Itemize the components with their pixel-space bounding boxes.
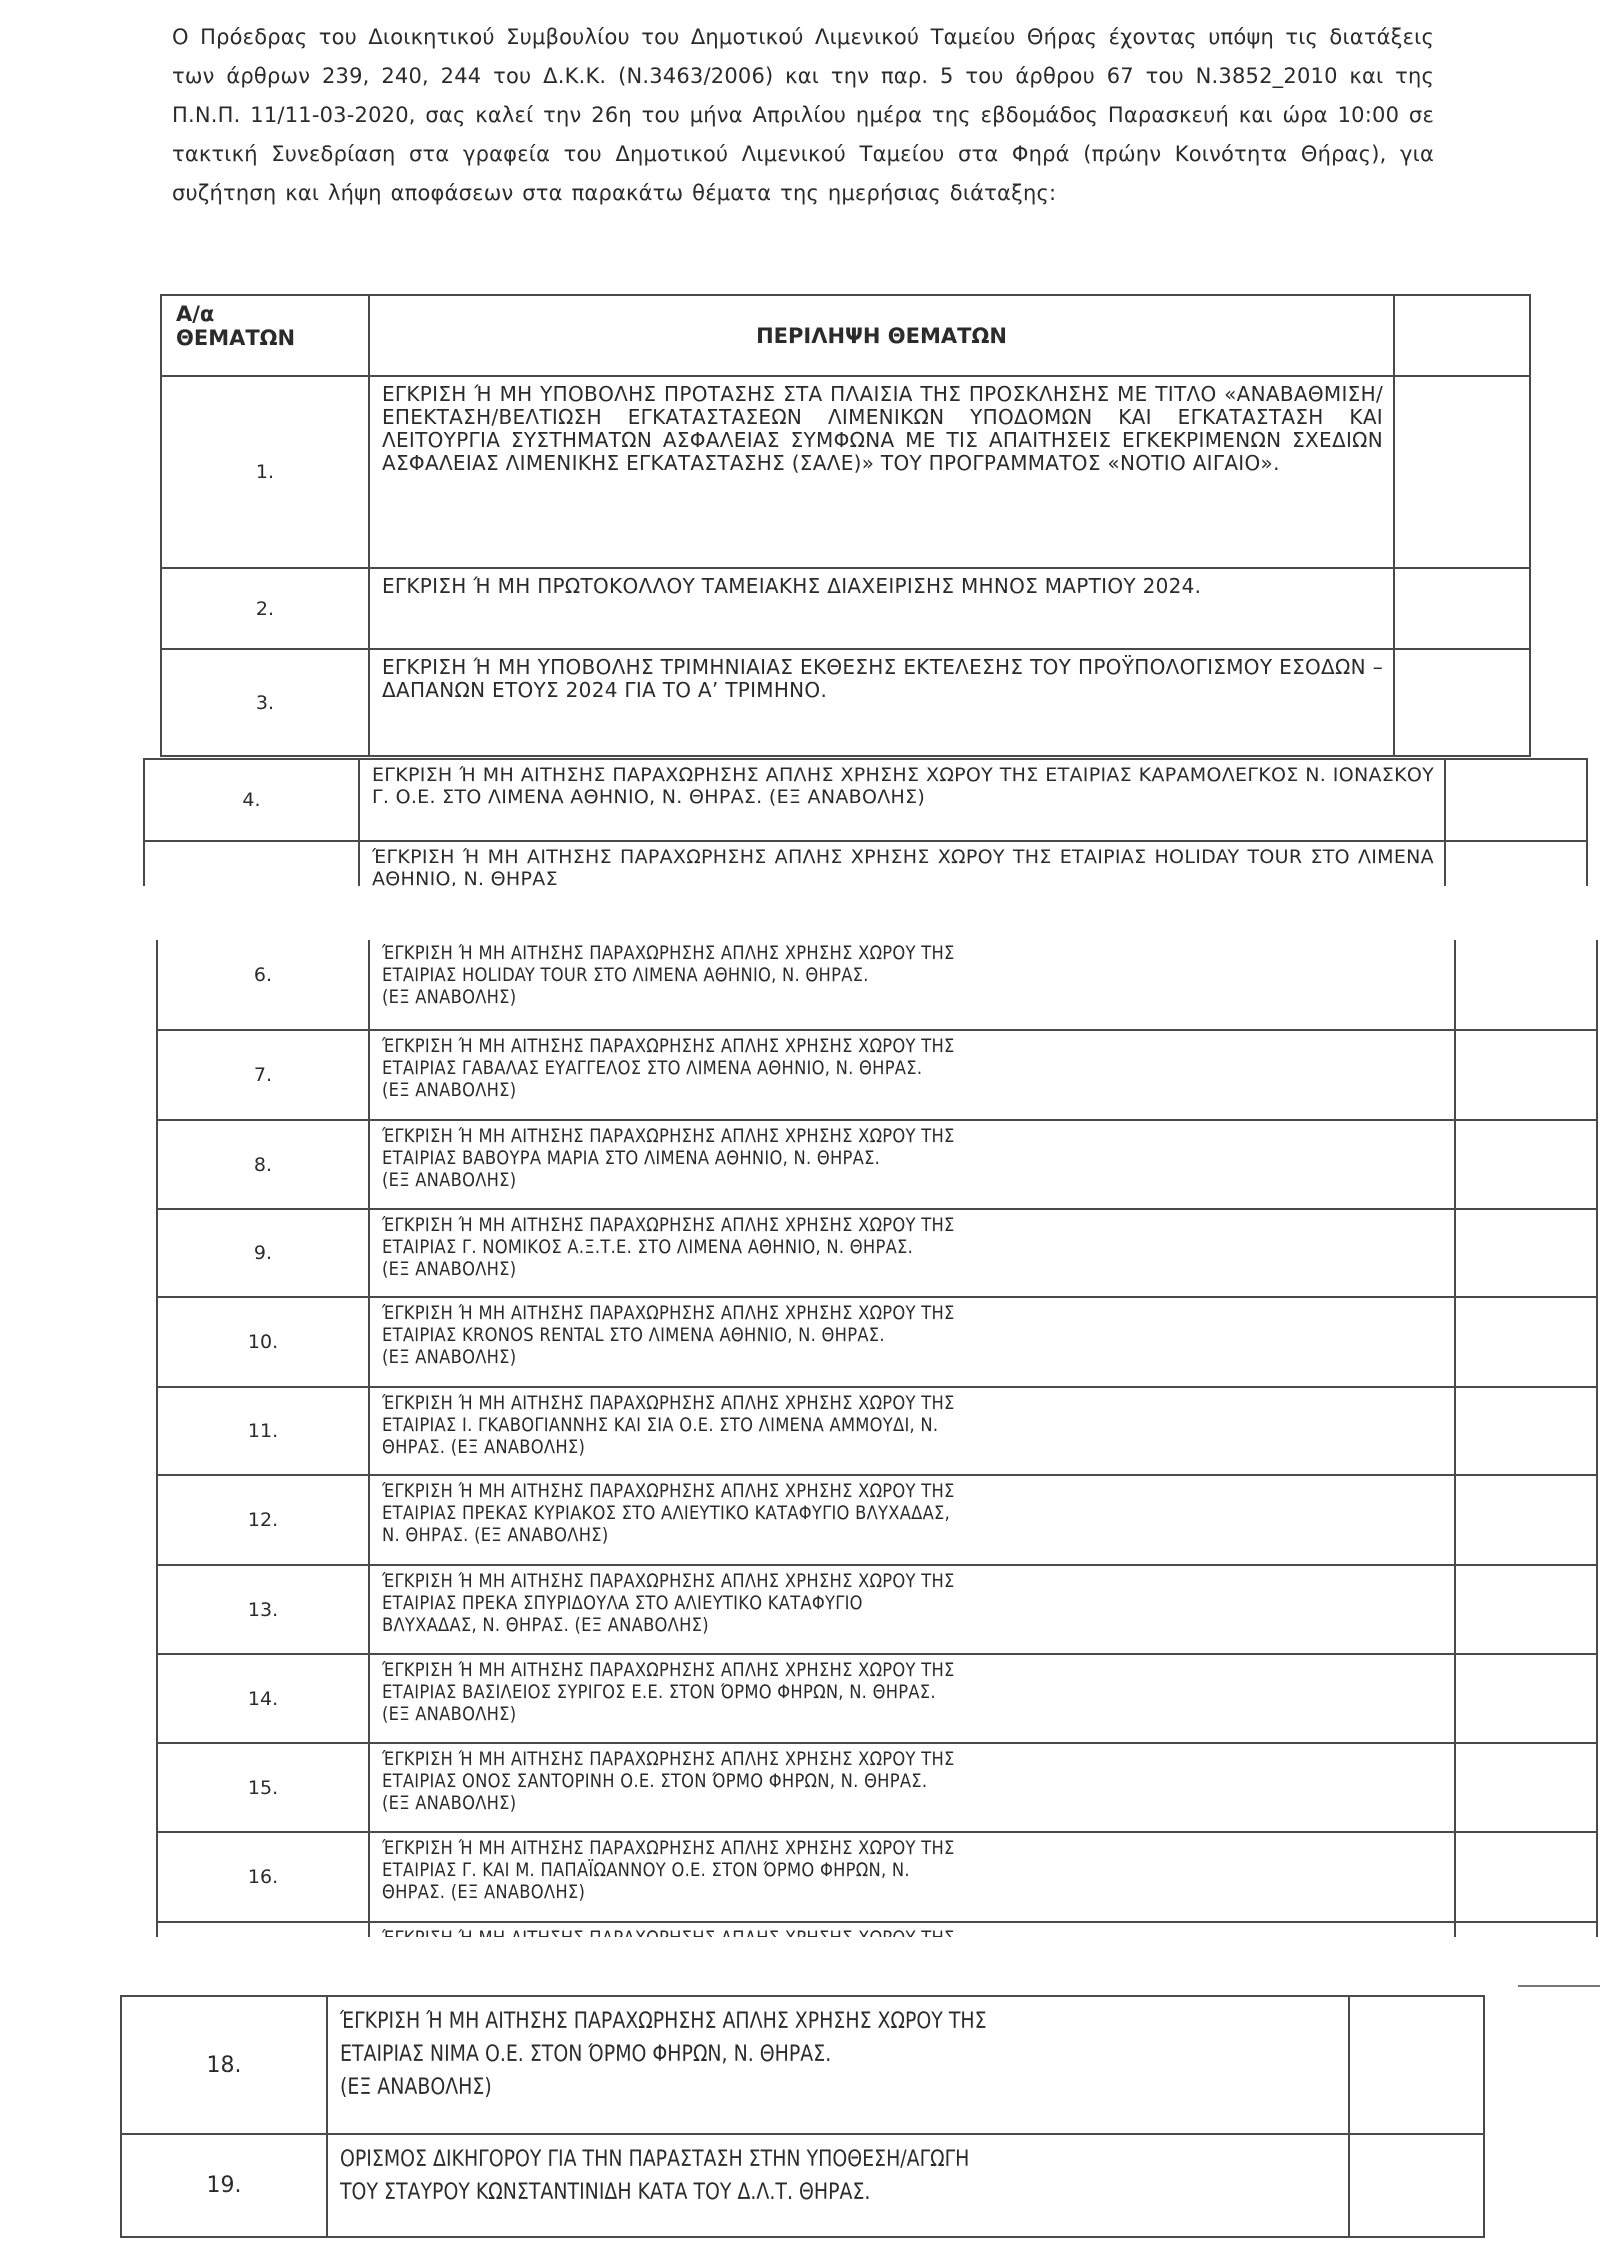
item-summary-text: ΈΓΚΡΙΣΗ Ή ΜΗ ΑΙΤΗΣΗΣ ΠΑΡΑΧΩΡΗΣΗΣ ΑΠΛΗΣ Χ…: [382, 1837, 1441, 1903]
item-number: 8.: [157, 1120, 369, 1209]
item-summary: ΟΡΙΣΜΟΣ ΔΙΚΗΓΟΡΟΥ ΓΙΑ ΤΗΝ ΠΑΡΑΣΤΑΣΗ ΣΤΗΝ…: [327, 2134, 1349, 2237]
item-summary: ΕΓΚΡΙΣΗ Ή ΜΗ ΥΠΟΒΟΛΗΣ ΤΡΙΜΗΝΙΑΙΑΣ ΕΚΘΕΣΗ…: [369, 649, 1394, 756]
item-summary-text: ΈΓΚΡΙΣΗ Ή ΜΗ ΑΙΤΗΣΗΣ ΠΑΡΑΧΩΡΗΣΗΣ ΑΠΛΗΣ Χ…: [382, 1927, 1441, 1937]
item-summary: ΈΓΚΡΙΣΗ Ή ΜΗ ΑΙΤΗΣΗΣ ΠΑΡΑΧΩΡΗΣΗΣ ΑΠΛΗΣ Χ…: [369, 1922, 1455, 1937]
item-number: 2.: [161, 568, 369, 649]
table-row: 9. ΈΓΚΡΙΣΗ Ή ΜΗ ΑΙΤΗΣΗΣ ΠΑΡΑΧΩΡΗΣΗΣ ΑΠΛΗ…: [157, 1209, 1597, 1297]
item-number: 11.: [157, 1387, 369, 1475]
item-number: 12.: [157, 1475, 369, 1565]
item-extra: [1455, 1030, 1597, 1120]
item-extra: [1455, 1832, 1597, 1922]
item-number: 13.: [157, 1565, 369, 1654]
item-extra: [1394, 376, 1530, 568]
item-extra: [1455, 1475, 1597, 1565]
item-summary: ΈΓΚΡΙΣΗ Ή ΜΗ ΑΙΤΗΣΗΣ ΠΑΡΑΧΩΡΗΣΗΣ ΑΠΛΗΣ Χ…: [369, 940, 1455, 1030]
table-row: 10. ΈΓΚΡΙΣΗ Ή ΜΗ ΑΙΤΗΣΗΣ ΠΑΡΑΧΩΡΗΣΗΣ ΑΠΛ…: [157, 1297, 1597, 1387]
item-extra: [1455, 1120, 1597, 1209]
table-row: 8. ΈΓΚΡΙΣΗ Ή ΜΗ ΑΙΤΗΣΗΣ ΠΑΡΑΧΩΡΗΣΗΣ ΑΠΛΗ…: [157, 1120, 1597, 1209]
item-extra: [1455, 1565, 1597, 1654]
item-summary: ΈΓΚΡΙΣΗ Ή ΜΗ ΑΙΤΗΣΗΣ ΠΑΡΑΧΩΡΗΣΗΣ ΑΠΛΗΣ Χ…: [359, 841, 1445, 886]
intro-paragraph: Ο Πρόεδρας του Διοικητικού Συμβουλίου το…: [172, 18, 1434, 213]
item-summary: ΈΓΚΡΙΣΗ Ή ΜΗ ΑΙΤΗΣΗΣ ΠΑΡΑΧΩΡΗΣΗΣ ΑΠΛΗΣ Χ…: [369, 1743, 1455, 1832]
table-row: 12. ΈΓΚΡΙΣΗ Ή ΜΗ ΑΙΤΗΣΗΣ ΠΑΡΑΧΩΡΗΣΗΣ ΑΠΛ…: [157, 1475, 1597, 1565]
item-summary-text: ΈΓΚΡΙΣΗ Ή ΜΗ ΑΙΤΗΣΗΣ ΠΑΡΑΧΩΡΗΣΗΣ ΑΠΛΗΣ Χ…: [382, 1035, 1441, 1101]
table-row: 3. ΕΓΚΡΙΣΗ Ή ΜΗ ΥΠΟΒΟΛΗΣ ΤΡΙΜΗΝΙΑΙΑΣ ΕΚΘ…: [161, 649, 1530, 756]
table-row: 2. ΕΓΚΡΙΣΗ Ή ΜΗ ΠΡΩΤΟΚΟΛΛΟΥ ΤΑΜΕΙΑΚΗΣ ΔΙ…: [161, 568, 1530, 649]
header-number-col: Α/αΘΕΜΑΤΩΝ: [161, 295, 369, 376]
item-number: 10.: [157, 1297, 369, 1387]
item-summary-text: ΈΓΚΡΙΣΗ Ή ΜΗ ΑΙΤΗΣΗΣ ΠΑΡΑΧΩΡΗΣΗΣ ΑΠΛΗΣ Χ…: [382, 1748, 1441, 1814]
item-summary: ΈΓΚΡΙΣΗ Ή ΜΗ ΑΙΤΗΣΗΣ ΠΑΡΑΧΩΡΗΣΗΣ ΑΠΛΗΣ Χ…: [369, 1209, 1455, 1297]
item-summary: ΈΓΚΡΙΣΗ Ή ΜΗ ΑΙΤΗΣΗΣ ΠΑΡΑΧΩΡΗΣΗΣ ΑΠΛΗΣ Χ…: [369, 1387, 1455, 1475]
item-extra: [1349, 1996, 1484, 2134]
table-row: 19. ΟΡΙΣΜΟΣ ΔΙΚΗΓΟΡΟΥ ΓΙΑ ΤΗΝ ΠΑΡΑΣΤΑΣΗ …: [121, 2134, 1484, 2237]
item-number: 15.: [157, 1743, 369, 1832]
table-row: 16. ΈΓΚΡΙΣΗ Ή ΜΗ ΑΙΤΗΣΗΣ ΠΑΡΑΧΩΡΗΣΗΣ ΑΠΛ…: [157, 1832, 1597, 1922]
item-summary: ΈΓΚΡΙΣΗ Ή ΜΗ ΑΙΤΗΣΗΣ ΠΑΡΑΧΩΡΗΣΗΣ ΑΠΛΗΣ Χ…: [327, 1996, 1349, 2134]
item-summary: ΈΓΚΡΙΣΗ Ή ΜΗ ΑΙΤΗΣΗΣ ΠΑΡΑΧΩΡΗΣΗΣ ΑΠΛΗΣ Χ…: [369, 1030, 1455, 1120]
item-summary: ΈΓΚΡΙΣΗ Ή ΜΗ ΑΙΤΗΣΗΣ ΠΑΡΑΧΩΡΗΣΗΣ ΑΠΛΗΣ Χ…: [369, 1654, 1455, 1743]
item-extra: [1445, 841, 1587, 886]
scan-artifact-line: [1518, 1985, 1600, 1987]
agenda-table-part-3: 6. ΈΓΚΡΙΣΗ Ή ΜΗ ΑΙΤΗΣΗΣ ΠΑΡΑΧΩΡΗΣΗΣ ΑΠΛΗ…: [156, 940, 1598, 1937]
item-number: 5.: [144, 841, 359, 886]
item-summary-text: ΈΓΚΡΙΣΗ Ή ΜΗ ΑΙΤΗΣΗΣ ΠΑΡΑΧΩΡΗΣΗΣ ΑΠΛΗΣ Χ…: [382, 1214, 1441, 1280]
header-extra-col: [1394, 295, 1530, 376]
item-number: 18.: [121, 1996, 327, 2134]
table-row: 18. ΈΓΚΡΙΣΗ Ή ΜΗ ΑΙΤΗΣΗΣ ΠΑΡΑΧΩΡΗΣΗΣ ΑΠΛ…: [121, 1996, 1484, 2134]
intro-text: Ο Πρόεδρας του Διοικητικού Συμβουλίου το…: [172, 18, 1434, 213]
table-row: ΈΓΚΡΙΣΗ Ή ΜΗ ΑΙΤΗΣΗΣ ΠΑΡΑΧΩΡΗΣΗΣ ΑΠΛΗΣ Χ…: [157, 1922, 1597, 1937]
item-extra: [1394, 568, 1530, 649]
item-extra: [1455, 1387, 1597, 1475]
item-extra: [1445, 759, 1587, 841]
item-summary-text: ΈΓΚΡΙΣΗ Ή ΜΗ ΑΙΤΗΣΗΣ ΠΑΡΑΧΩΡΗΣΗΣ ΑΠΛΗΣ Χ…: [382, 1659, 1441, 1725]
item-summary: ΈΓΚΡΙΣΗ Ή ΜΗ ΑΙΤΗΣΗΣ ΠΑΡΑΧΩΡΗΣΗΣ ΑΠΛΗΣ Χ…: [369, 1297, 1455, 1387]
item-extra: [1455, 1654, 1597, 1743]
item-number: 4.: [144, 759, 359, 841]
item-summary: ΈΓΚΡΙΣΗ Ή ΜΗ ΑΙΤΗΣΗΣ ΠΑΡΑΧΩΡΗΣΗΣ ΑΠΛΗΣ Χ…: [369, 1475, 1455, 1565]
table-row: 6. ΈΓΚΡΙΣΗ Ή ΜΗ ΑΙΤΗΣΗΣ ΠΑΡΑΧΩΡΗΣΗΣ ΑΠΛΗ…: [157, 940, 1597, 1030]
item-summary-text: ΈΓΚΡΙΣΗ Ή ΜΗ ΑΙΤΗΣΗΣ ΠΑΡΑΧΩΡΗΣΗΣ ΑΠΛΗΣ Χ…: [382, 942, 1441, 1008]
item-number: 19.: [121, 2134, 327, 2237]
item-summary-text: ΈΓΚΡΙΣΗ Ή ΜΗ ΑΙΤΗΣΗΣ ΠΑΡΑΧΩΡΗΣΗΣ ΑΠΛΗΣ Χ…: [340, 2005, 1336, 2104]
table-row: 1. ΕΓΚΡΙΣΗ Ή ΜΗ ΥΠΟΒΟΛΗΣ ΠΡΟΤΑΣΗΣ ΣΤΑ ΠΛ…: [161, 376, 1530, 568]
item-summary-text: ΟΡΙΣΜΟΣ ΔΙΚΗΓΟΡΟΥ ΓΙΑ ΤΗΝ ΠΑΡΑΣΤΑΣΗ ΣΤΗΝ…: [340, 2143, 1336, 2209]
table-row: 7. ΈΓΚΡΙΣΗ Ή ΜΗ ΑΙΤΗΣΗΣ ΠΑΡΑΧΩΡΗΣΗΣ ΑΠΛΗ…: [157, 1030, 1597, 1120]
item-summary: ΈΓΚΡΙΣΗ Ή ΜΗ ΑΙΤΗΣΗΣ ΠΑΡΑΧΩΡΗΣΗΣ ΑΠΛΗΣ Χ…: [369, 1832, 1455, 1922]
item-number: 16.: [157, 1832, 369, 1922]
item-extra: [1455, 1297, 1597, 1387]
item-summary-text: ΈΓΚΡΙΣΗ Ή ΜΗ ΑΙΤΗΣΗΣ ΠΑΡΑΧΩΡΗΣΗΣ ΑΠΛΗΣ Χ…: [382, 1570, 1441, 1636]
item-number: 14.: [157, 1654, 369, 1743]
item-number: 9.: [157, 1209, 369, 1297]
table-row: 4. ΕΓΚΡΙΣΗ Ή ΜΗ ΑΙΤΗΣΗΣ ΠΑΡΑΧΩΡΗΣΗΣ ΑΠΛΗ…: [144, 759, 1587, 841]
item-number: 3.: [161, 649, 369, 756]
header-summary-col: ΠΕΡΙΛΗΨΗ ΘΕΜΑΤΩΝ: [369, 295, 1394, 376]
item-extra: [1455, 1922, 1597, 1937]
item-summary-text: ΈΓΚΡΙΣΗ Ή ΜΗ ΑΙΤΗΣΗΣ ΠΑΡΑΧΩΡΗΣΗΣ ΑΠΛΗΣ Χ…: [382, 1125, 1441, 1191]
item-summary: ΈΓΚΡΙΣΗ Ή ΜΗ ΑΙΤΗΣΗΣ ΠΑΡΑΧΩΡΗΣΗΣ ΑΠΛΗΣ Χ…: [369, 1565, 1455, 1654]
item-number: [157, 1922, 369, 1937]
item-extra: [1349, 2134, 1484, 2237]
item-summary: ΕΓΚΡΙΣΗ Ή ΜΗ ΥΠΟΒΟΛΗΣ ΠΡΟΤΑΣΗΣ ΣΤΑ ΠΛΑΙΣ…: [369, 376, 1394, 568]
table-row: 13. ΈΓΚΡΙΣΗ Ή ΜΗ ΑΙΤΗΣΗΣ ΠΑΡΑΧΩΡΗΣΗΣ ΑΠΛ…: [157, 1565, 1597, 1654]
item-summary: ΕΓΚΡΙΣΗ Ή ΜΗ ΑΙΤΗΣΗΣ ΠΑΡΑΧΩΡΗΣΗΣ ΑΠΛΗΣ Χ…: [359, 759, 1445, 841]
item-summary-text: ΈΓΚΡΙΣΗ Ή ΜΗ ΑΙΤΗΣΗΣ ΠΑΡΑΧΩΡΗΣΗΣ ΑΠΛΗΣ Χ…: [382, 1480, 1441, 1546]
table-row: 14. ΈΓΚΡΙΣΗ Ή ΜΗ ΑΙΤΗΣΗΣ ΠΑΡΑΧΩΡΗΣΗΣ ΑΠΛ…: [157, 1654, 1597, 1743]
agenda-table-part-2: 4. ΕΓΚΡΙΣΗ Ή ΜΗ ΑΙΤΗΣΗΣ ΠΑΡΑΧΩΡΗΣΗΣ ΑΠΛΗ…: [143, 758, 1588, 886]
item-extra: [1394, 649, 1530, 756]
table-row: 5. ΈΓΚΡΙΣΗ Ή ΜΗ ΑΙΤΗΣΗΣ ΠΑΡΑΧΩΡΗΣΗΣ ΑΠΛΗ…: [144, 841, 1587, 886]
scan-strip-2: 4. ΕΓΚΡΙΣΗ Ή ΜΗ ΑΙΤΗΣΗΣ ΠΑΡΑΧΩΡΗΣΗΣ ΑΠΛΗ…: [140, 758, 1600, 886]
table-row: 11. ΈΓΚΡΙΣΗ Ή ΜΗ ΑΙΤΗΣΗΣ ΠΑΡΑΧΩΡΗΣΗΣ ΑΠΛ…: [157, 1387, 1597, 1475]
item-extra: [1455, 940, 1597, 1030]
item-summary: ΈΓΚΡΙΣΗ Ή ΜΗ ΑΙΤΗΣΗΣ ΠΑΡΑΧΩΡΗΣΗΣ ΑΠΛΗΣ Χ…: [369, 1120, 1455, 1209]
table-row: 15. ΈΓΚΡΙΣΗ Ή ΜΗ ΑΙΤΗΣΗΣ ΠΑΡΑΧΩΡΗΣΗΣ ΑΠΛ…: [157, 1743, 1597, 1832]
agenda-table-part-1: Α/αΘΕΜΑΤΩΝ ΠΕΡΙΛΗΨΗ ΘΕΜΑΤΩΝ 1. ΕΓΚΡΙΣΗ Ή…: [160, 294, 1531, 757]
item-extra: [1455, 1209, 1597, 1297]
scan-strip-3: 6. ΈΓΚΡΙΣΗ Ή ΜΗ ΑΙΤΗΣΗΣ ΠΑΡΑΧΩΡΗΣΗΣ ΑΠΛΗ…: [140, 940, 1600, 1937]
item-summary-text: ΈΓΚΡΙΣΗ Ή ΜΗ ΑΙΤΗΣΗΣ ΠΑΡΑΧΩΡΗΣΗΣ ΑΠΛΗΣ Χ…: [382, 1302, 1441, 1368]
item-number: 7.: [157, 1030, 369, 1120]
item-extra: [1455, 1743, 1597, 1832]
agenda-table-part-4: 18. ΈΓΚΡΙΣΗ Ή ΜΗ ΑΙΤΗΣΗΣ ΠΑΡΑΧΩΡΗΣΗΣ ΑΠΛ…: [120, 1995, 1485, 2238]
item-summary-text: ΈΓΚΡΙΣΗ Ή ΜΗ ΑΙΤΗΣΗΣ ΠΑΡΑΧΩΡΗΣΗΣ ΑΠΛΗΣ Χ…: [382, 1392, 1441, 1458]
item-number: 1.: [161, 376, 369, 568]
item-summary: ΕΓΚΡΙΣΗ Ή ΜΗ ΠΡΩΤΟΚΟΛΛΟΥ ΤΑΜΕΙΑΚΗΣ ΔΙΑΧΕ…: [369, 568, 1394, 649]
item-number: 6.: [157, 940, 369, 1030]
table-header-row: Α/αΘΕΜΑΤΩΝ ΠΕΡΙΛΗΨΗ ΘΕΜΑΤΩΝ: [161, 295, 1530, 376]
